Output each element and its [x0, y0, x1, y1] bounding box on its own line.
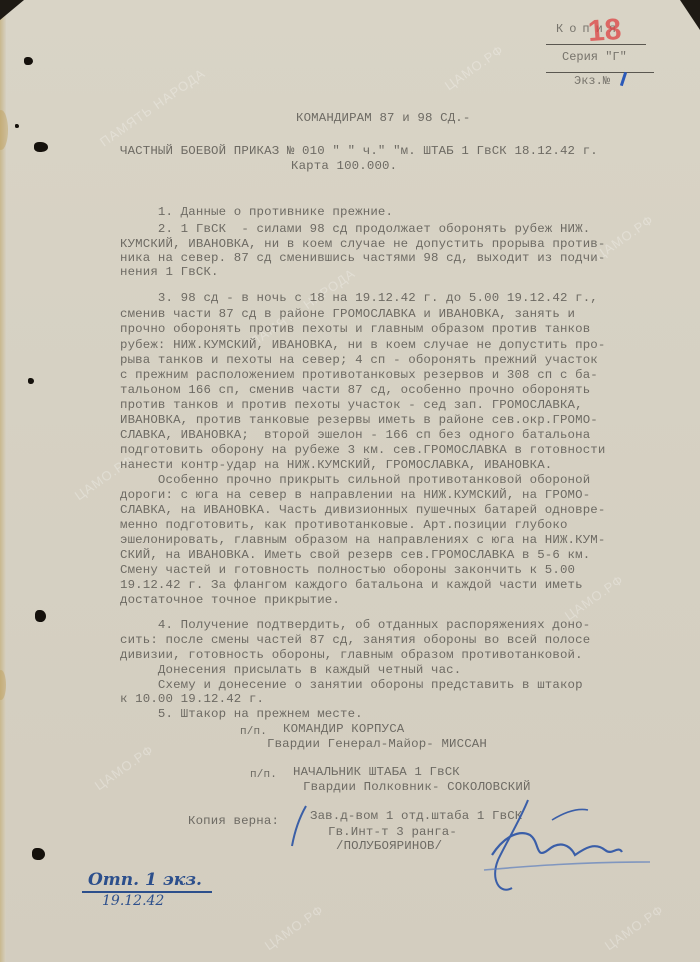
handwritten-copy-note: Отп. 1 экз. — [88, 870, 202, 890]
archival-document-page: ПАМЯТЬ НАРОДА ЦАМО.РФ ПАМЯТЬ НАРОДА ЦАМО… — [0, 0, 700, 962]
handwritten-date: 19.12.42 — [102, 893, 164, 909]
